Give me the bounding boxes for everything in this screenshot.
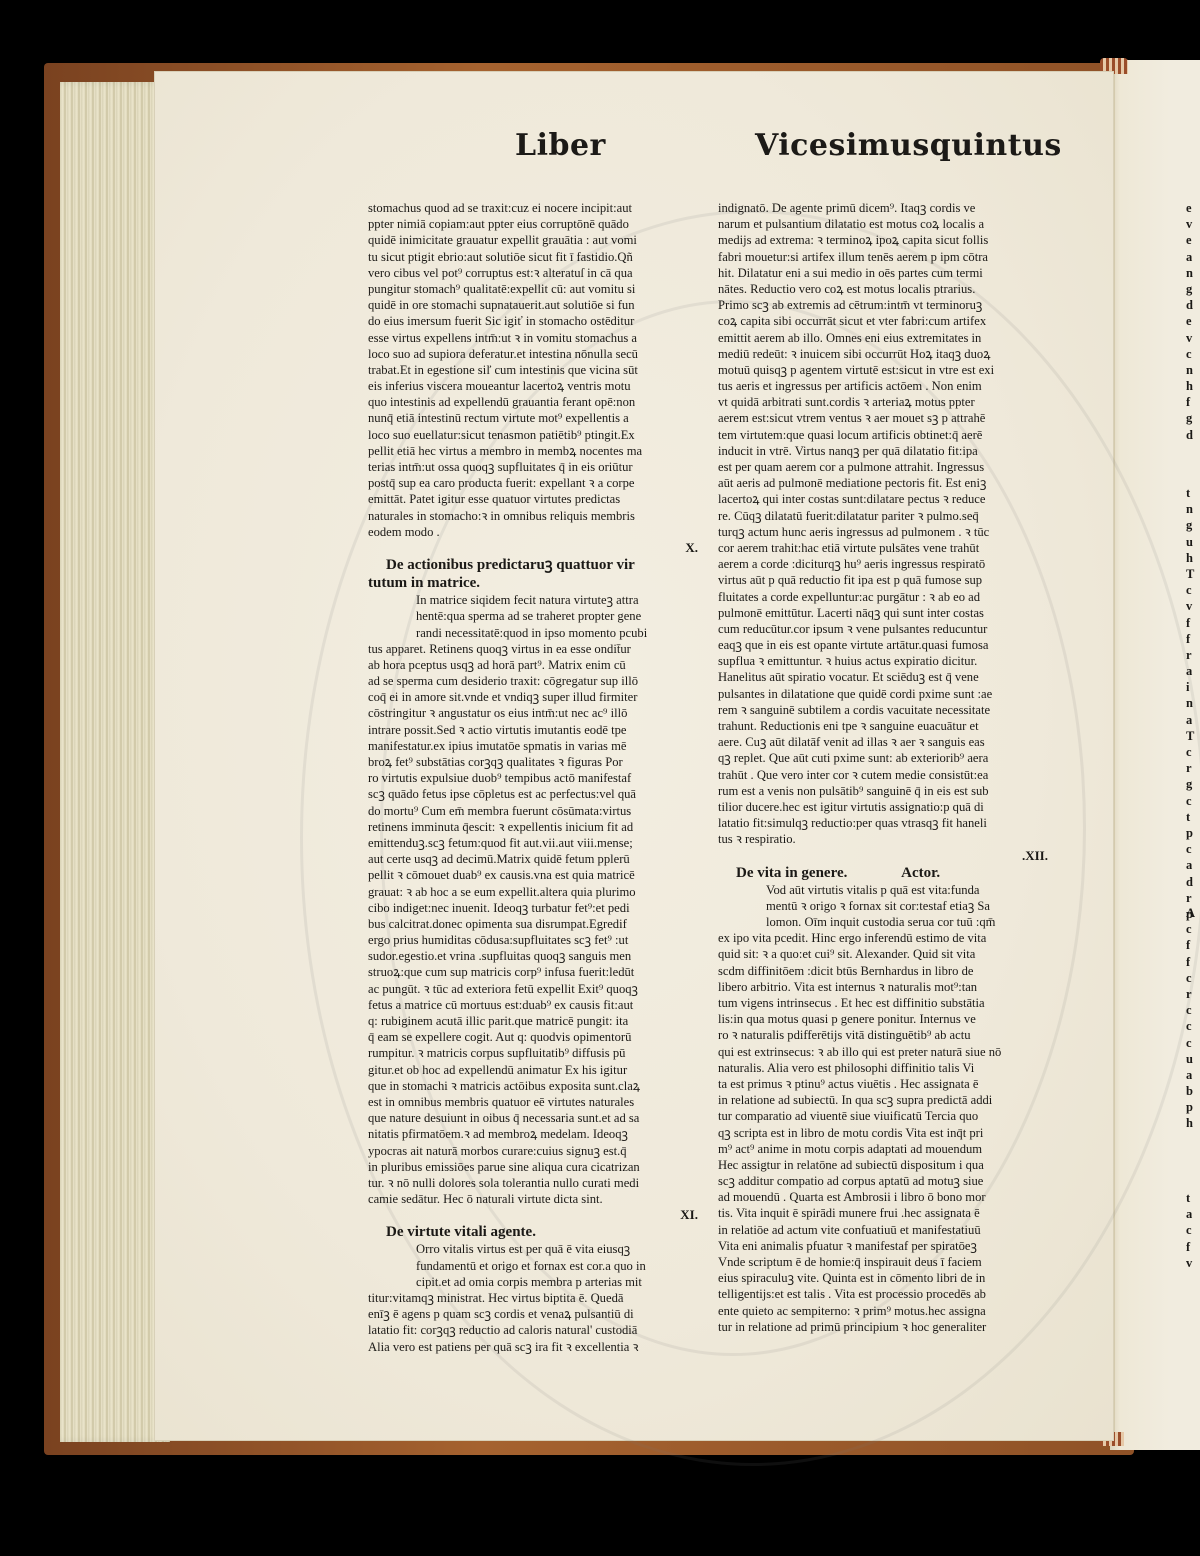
text-line: esse virtus expellens intm̄:ut ꝛ in vomi…: [368, 330, 698, 346]
text-line: stomachus quod ad se traxit:cuz ei nocer…: [368, 200, 698, 216]
text-line: terias intm̄:ut ossa quoqꝫ supfluitates …: [368, 459, 698, 475]
text-line: tur comparatio ad viuentē siue viuificat…: [718, 1108, 1048, 1124]
text-line: e: [1186, 313, 1200, 329]
text-line: c: [1186, 744, 1200, 760]
text-line: h: [1186, 378, 1200, 394]
text-line: coꝝ capita sibi occurrāt sicut et vter f…: [718, 313, 1048, 329]
text-line: rumpitur. ꝛ matricis corpus supfluitatib…: [368, 1045, 698, 1061]
text-line: p: [1186, 825, 1200, 841]
text-line: naturales in stomacho:ꝛ in omnibus reliq…: [368, 508, 698, 524]
text-line: manifestatur.ex ipius imutatōe spmatis i…: [368, 738, 698, 754]
facing-page-text-top: eveangdevcnhfgd: [1186, 200, 1200, 443]
text-line: q̄ eam se expellere cogit. Aut q: quodvi…: [368, 1029, 698, 1045]
text-line: aere. Cuꝫ aūt dilatāf venit ad illas ꝛ a…: [718, 734, 1048, 750]
text-line: m⁹ act⁹ anime in motu corpis adaptati ad…: [718, 1141, 1048, 1157]
text-line: fetus a matrice cū mortuus est:duab⁹ ex …: [368, 997, 698, 1013]
text-line: a: [1186, 1206, 1200, 1222]
text-line: v: [1186, 1255, 1200, 1271]
text-line: fundamentū et origo et fornax est cor.a …: [368, 1258, 698, 1274]
text-line: tum vigens intrinsecus . Et hec est diff…: [718, 995, 1048, 1011]
text-line: b: [1186, 1083, 1200, 1099]
text-line: lis:in qua motus quasi p genere ponitur.…: [718, 1011, 1048, 1027]
text-line: in relatione ad subiectū. In qua scꝫ sup…: [718, 1092, 1048, 1108]
text-line: quidē inimicitate grauatur expellit grau…: [368, 232, 698, 248]
text-line: telligentijs:et est talis . Vita est pro…: [718, 1286, 1048, 1302]
facing-page-text-mid: tnguhTcvffrainaTcrgctpcadrp: [1186, 485, 1200, 922]
text-line: e: [1186, 200, 1200, 216]
text-line: indignatō. De agente primū dicem⁹. Itaqꝫ…: [718, 200, 1048, 216]
text-line: Hec assigtur in relatōne ad subiectū dis…: [718, 1157, 1048, 1173]
text-line: quo intestinis ad expellendū grauantia f…: [368, 394, 698, 410]
text-line: d: [1186, 427, 1200, 443]
text-line: naturalis. Alia vero est philosophi diff…: [718, 1060, 1048, 1076]
text-line: emittenduꝫ.scꝫ fetum:quod fit aut.vii.au…: [368, 835, 698, 851]
text-line: est in omnibus membris quatuor eē virtut…: [368, 1094, 698, 1110]
text-line: g: [1186, 281, 1200, 297]
text-line: lacertoꝝ qui inter costas sunt:dilatare …: [718, 491, 1048, 507]
text-line: v: [1186, 330, 1200, 346]
paragraph-heart-dilation: indignatō. De agente primū dicem⁹. Itaqꝫ…: [718, 200, 1048, 848]
text-line: ergo prius humiditas cōdusa:supfluitates…: [368, 932, 698, 948]
text-line: a: [1186, 1067, 1200, 1083]
text-line: ro ꝛ naturalis pdifferētijs vitā disting…: [718, 1027, 1048, 1043]
text-line: g: [1186, 776, 1200, 792]
text-line: c: [1186, 793, 1200, 809]
text-line: que in stomachi ꝛ matricis actōibus expo…: [368, 1078, 698, 1094]
text-line: trabat.Et in egestione siľ cum intestini…: [368, 362, 698, 378]
text-line: T: [1186, 728, 1200, 744]
text-line: r: [1186, 986, 1200, 1002]
text-line: pungitur stomach⁹ qualitatē:expellit cū:…: [368, 281, 698, 297]
text-line: n: [1186, 265, 1200, 281]
text-line: cōstringitur ꝛ angustatur os eius intm̄:…: [368, 705, 698, 721]
text-line: a: [1186, 857, 1200, 873]
text-line: tilior ducere.hec est igitur virtutis as…: [718, 799, 1048, 815]
text-line: pulmonē emittūtur. Lacerti nāqꝫ qui sunt…: [718, 605, 1048, 621]
facing-page-text-end: tacfv: [1186, 1190, 1200, 1271]
text-line: cibo indiget:nec inuenit. Ideoqꝫ turbatu…: [368, 900, 698, 916]
text-line: c: [1186, 1035, 1200, 1051]
actor-label: Actor.: [901, 865, 940, 881]
text-line: c: [1186, 1222, 1200, 1238]
text-line: supflua ꝛ emittuntur. ꝛ huius actus expi…: [718, 653, 1048, 669]
text-line: fluitates a corde expelluntur:ac purgātu…: [718, 589, 1048, 605]
chapter-number-xi: XI.: [680, 1207, 698, 1223]
text-line: ta est primus ꝛ ptinu⁹ actus viuētis . H…: [718, 1076, 1048, 1092]
text-line: ex ipo vita pcedit. Hinc ergo inferendū …: [718, 930, 1048, 946]
text-line: aerem a corde :diciturqꝫ hu⁹ aeris ingre…: [718, 556, 1048, 572]
text-line: v: [1186, 598, 1200, 614]
text-line: n: [1186, 695, 1200, 711]
text-line: r: [1186, 890, 1200, 906]
text-line: in pluribus emissiōes parue sine aliqua …: [368, 1159, 698, 1175]
text-line: inducit in vtrē. Virtus nanqꝫ per quā di…: [718, 443, 1048, 459]
text-line: T: [1186, 566, 1200, 582]
chapter-marker-row: XI.: [368, 1207, 698, 1223]
text-line: eis inferius viscera moueantur lacertoꝝ …: [368, 378, 698, 394]
text-line: pellit etiā hec virtus a membro in membꝝ…: [368, 443, 698, 459]
text-line: sudor.egestio.et vrina .supfluitas quoqꝫ…: [368, 948, 698, 964]
text-line: i: [1186, 679, 1200, 695]
paragraph-life-body: ex ipo vita pcedit. Hinc ergo inferendū …: [718, 930, 1048, 1335]
text-line: f: [1186, 1239, 1200, 1255]
chapter-number-xii: .XII.: [1022, 848, 1048, 864]
section-heading-actions-matrix: De actionibus predictaruꝫ quattuor vir: [368, 556, 698, 574]
text-line: c: [1186, 970, 1200, 986]
text-line: latatio fit:simulqꝫ reductio:per quas vt…: [718, 815, 1048, 831]
text-line: pellit ꝛ cōmouet duab⁹ ex causis.vna est…: [368, 867, 698, 883]
text-line: c: [1186, 1018, 1200, 1034]
text-line: postq̄ sup ea caro producta fuerit: expe…: [368, 475, 698, 491]
paragraph-vital-body: titur:vitamqꝫ ministrat. Hec virtus bipt…: [368, 1290, 698, 1355]
text-line: qꝫ scripta est in libro de motu cordis V…: [718, 1125, 1048, 1141]
facing-page-text-bottom: Acffcrcccuabph: [1186, 905, 1200, 1132]
text-line: nātes. Reductio vero coꝝ est motus local…: [718, 281, 1048, 297]
text-line: narum et pulsantium dilatatio est motus …: [718, 216, 1048, 232]
text-line: struoꝝ:que cum sup matricis corp⁹ infusa…: [368, 964, 698, 980]
text-line: lomon. Oīm inquit custodia serua cor tuū…: [718, 914, 1048, 930]
section-heading-vital-virtue: De virtute vitali agente.: [368, 1223, 698, 1241]
text-line: c: [1186, 1002, 1200, 1018]
text-line: cor aerem trahit:hac etiā virtute pulsāt…: [718, 540, 1048, 556]
text-line: rem ꝛ sanguinē subtilem a cordis vacuita…: [718, 702, 1048, 718]
text-line: latatio fit: corꝫqꝫ reductio ad caloris …: [368, 1322, 698, 1338]
text-line: tus ꝛ respiratio.: [718, 831, 1048, 847]
text-line: libero arbitrio. Vita est internus ꝛ nat…: [718, 979, 1048, 995]
text-line: a: [1186, 663, 1200, 679]
text-line: hentē:qua sperma ad se traheret propter …: [368, 608, 698, 624]
page-stack-edge: [60, 82, 170, 1442]
section-heading-actions-matrix-cont: tutum in matrice.: [368, 574, 698, 592]
chapter-marker-row: .XII.: [718, 848, 1048, 864]
text-line: retinens imminuta q̄escit: ꝛ expellentis…: [368, 819, 698, 835]
text-line: vero cibus vel pot⁹ corruptus est:ꝛ alte…: [368, 265, 698, 281]
chapter-number-x: X.: [685, 540, 698, 556]
text-line: c: [1186, 346, 1200, 362]
text-line: trahūt . Que vero inter cor ꝛ cutem medi…: [718, 767, 1048, 783]
text-line: est per quam aerem cor a pulmone attrahi…: [718, 459, 1048, 475]
text-line: qꝫ replet. Que aūt cuti pxime sunt: ab e…: [718, 750, 1048, 766]
text-line: f: [1186, 954, 1200, 970]
text-line: Primo scꝫ ab extremis ad cētrum:intm̄ vt…: [718, 297, 1048, 313]
text-line: scꝫ additur compatio ad corpus aptatū ad…: [718, 1173, 1048, 1189]
text-line: intrare possit.Sed ꝛ actio virtutis imut…: [368, 722, 698, 738]
text-line: Orro vitalis virtus est per quā ē vita e…: [368, 1241, 698, 1257]
text-line: g: [1186, 410, 1200, 426]
paragraph-matrix-body: tus apparet. Retinens quoqꝫ virtus in ea…: [368, 641, 698, 1208]
paragraph-stomach-expulsion: stomachus quod ad se traxit:cuz ei nocer…: [368, 200, 698, 540]
text-line: motuū quisqꝫ p agentem virtutē est:sicut…: [718, 362, 1048, 378]
text-line: eodem modo .: [368, 524, 698, 540]
text-line: nitatis pfirmatōem.ꝛ ad membroꝝ medelam.…: [368, 1126, 698, 1142]
text-line: ab hora pceptus usqꝫ ad horā part⁹. Matr…: [368, 657, 698, 673]
paragraph-vital-intro: Orro vitalis virtus est per quā ē vita e…: [368, 1241, 698, 1290]
text-line: f: [1186, 394, 1200, 410]
text-line: rum est a venis non pulsātib⁹ sanguinē q…: [718, 783, 1048, 799]
text-line: loco suo euellatur:sicut tenasmon patiēt…: [368, 427, 698, 443]
text-line: gitur.et ob hoc ad expellendū animatur E…: [368, 1062, 698, 1078]
text-line: randi necessitatē:quod in ipso momento p…: [368, 625, 698, 641]
text-line: a: [1186, 712, 1200, 728]
text-line: u: [1186, 534, 1200, 550]
text-line: broꝝ fet⁹ substātias corꝫqꝫ qualitates ꝛ…: [368, 754, 698, 770]
text-line: ad mouendū . Quarta est Ambrosii i libro…: [718, 1189, 1048, 1205]
text-line: tis. Vita inquit ē spirādi munere frui .…: [718, 1205, 1048, 1221]
text-line: mentū ꝛ origo ꝛ fornax sit cor:testaf et…: [718, 898, 1048, 914]
text-line: nunq̄ etiā intestinū rectum virtute mot⁹…: [368, 410, 698, 426]
text-column-right: indignatō. De agente primū dicem⁹. Itaqꝫ…: [718, 200, 1048, 1335]
text-line: qui est extrinsecus: ꝛ ab illo qui est p…: [718, 1044, 1048, 1060]
text-line: scꝫ quādo fetus ipse cōpletus est ac per…: [368, 786, 698, 802]
text-line: cum reducūtur.cor ipsum ꝛ vene pulsantes…: [718, 621, 1048, 637]
text-line: emittāt. Patet igitur esse quatuor virtu…: [368, 491, 698, 507]
text-line: ypocras ait naturā morbos curare:cuius s…: [368, 1143, 698, 1159]
text-line: g: [1186, 517, 1200, 533]
text-line: do mortu⁹ Cum em̄ membra fuerunt cōsūmat…: [368, 803, 698, 819]
text-line: r: [1186, 760, 1200, 776]
text-line: c: [1186, 921, 1200, 937]
text-line: v: [1186, 216, 1200, 232]
text-line: ppter nimiā copiam:aut ppter eius corrup…: [368, 216, 698, 232]
text-line: Vnde scriptum ē de homie:q̄ inspirauit d…: [718, 1254, 1048, 1270]
text-line: ente quieto ac sempiterno: ꝛ prim⁹ motus…: [718, 1303, 1048, 1319]
text-line: f: [1186, 615, 1200, 631]
text-line: medijs ad extrema: ꝛ terminoꝝ ipoꝝ capit…: [718, 232, 1048, 248]
text-line: turqꝫ actum hunc aeris ingressus ad pulm…: [718, 524, 1048, 540]
paragraph-matrix-intro: In matrice siqidem fecit natura virtuteꝫ…: [368, 592, 698, 641]
text-line: r: [1186, 647, 1200, 663]
text-line: u: [1186, 1051, 1200, 1067]
text-line: loco suo ad supiora deferatur.et intesti…: [368, 346, 698, 362]
text-line: eaqꝫ que in eis est opante virtute artāt…: [718, 637, 1048, 653]
text-line: In matrice siqidem fecit natura virtuteꝫ…: [368, 592, 698, 608]
paragraph-life-intro: Vod aūt virtutis vitalis p quā est vita:…: [718, 882, 1048, 931]
text-line: tus apparet. Retinens quoqꝫ virtus in ea…: [368, 641, 698, 657]
text-line: grauat: ꝛ ab hoc a se eum expellit.alter…: [368, 884, 698, 900]
text-line: cipit.et ad omia corpis membra p arteria…: [368, 1274, 698, 1290]
text-line: trahunt. Reductionis eni tpe ꝛ sanguine …: [718, 718, 1048, 734]
text-line: Hanelitus aūt spiratio vocatur. Et sciēd…: [718, 669, 1048, 685]
text-line: re. Cūqꝫ dilatatū fuerit:dilatatur parit…: [718, 508, 1048, 524]
text-line: Vod aūt virtutis vitalis p quā est vita:…: [718, 882, 1048, 898]
text-line: enīꝫ ē agens p quam scꝫ cordis et venaꝝ …: [368, 1306, 698, 1322]
text-line: quid sit: ꝛ a quo:et cui⁹ sit. Alexander…: [718, 946, 1048, 962]
text-line: f: [1186, 937, 1200, 953]
text-line: scdm diffinitōem :dicit btūs Bernhardus …: [718, 963, 1048, 979]
text-line: e: [1186, 232, 1200, 248]
text-line: quidē in ore stomachi supnatauerit.aut s…: [368, 297, 698, 313]
text-line: virtus aūt p quā reductio fit ipa est p …: [718, 572, 1048, 588]
text-line: c: [1186, 582, 1200, 598]
text-line: aut certe usqꝫ ad decimū.Matrix quidē fe…: [368, 851, 698, 867]
text-line: c: [1186, 841, 1200, 857]
running-head-left: Liber: [515, 128, 606, 163]
text-line: t: [1186, 485, 1200, 501]
text-line: ad se sperma cum desiderio traxit: cōgre…: [368, 673, 698, 689]
text-line: tur. ꝛ nō nulli dolores sola tolerantia …: [368, 1175, 698, 1191]
text-line: fabri mouetur:si artifex illum tenēs aer…: [718, 249, 1048, 265]
text-line: do eius imersum fuerit Sic igiť in stoma…: [368, 313, 698, 329]
text-line: tu sicut ptigit ebrio:aut solutiōe sicut…: [368, 249, 698, 265]
text-line: aūt aeris ad pulmonē mediatione pectoris…: [718, 475, 1048, 491]
text-line: n: [1186, 362, 1200, 378]
text-line: que nature desuiunt in oibus q̄ necessar…: [368, 1110, 698, 1126]
text-line: emittit aerem ab illo. Omnes eni eius ex…: [718, 330, 1048, 346]
text-line: ac pungūt. ꝛ tūc ad exteriora fetū expel…: [368, 981, 698, 997]
text-line: h: [1186, 550, 1200, 566]
text-line: eius spiraculuꝫ vite. Quinta est in cōme…: [718, 1270, 1048, 1286]
text-line: aerem est:sicut vtrem ventus ꝛ aer mouet…: [718, 410, 1048, 426]
text-line: h: [1186, 1115, 1200, 1131]
running-head-right: Vicesimusquintus: [755, 128, 1062, 163]
text-line: vt quidā arbitrati sunt.cordis ꝛ arteria…: [718, 394, 1048, 410]
text-line: d: [1186, 874, 1200, 890]
text-line: d: [1186, 297, 1200, 313]
text-line: mediū redeūt: ꝛ inuicem sibi occurrūt Ho…: [718, 346, 1048, 362]
section-heading-life-general: De vita in genere. Actor.: [718, 864, 1048, 882]
text-line: bus calcitrat.donec opimenta sua disrump…: [368, 916, 698, 932]
text-column-left: stomachus quod ad se traxit:cuz ei nocer…: [368, 200, 698, 1355]
chapter-marker-row: X.: [368, 540, 698, 556]
text-line: q: rubiginem acutā illic parit.que matri…: [368, 1013, 698, 1029]
text-line: p: [1186, 1099, 1200, 1115]
text-line: t: [1186, 809, 1200, 825]
text-line: titur:vitamqꝫ ministrat. Hec virtus bipt…: [368, 1290, 698, 1306]
text-line: tem virtutem:que quasi locum artificis o…: [718, 427, 1048, 443]
text-line: tus aeris et ingressus per artificis act…: [718, 378, 1048, 394]
section-heading-text: De vita in genere.: [736, 865, 847, 881]
text-line: A: [1186, 905, 1200, 921]
text-line: ro virtutis expulsiue duob⁹ tempibus act…: [368, 770, 698, 786]
text-line: pulsantes in dilatatione que quidē cordi…: [718, 686, 1048, 702]
text-line: in relatiōe ad actum vite confuatiuū et …: [718, 1222, 1048, 1238]
text-line: camie sedātur. Hec ō naturali virtute di…: [368, 1191, 698, 1207]
text-line: tur in relatione ad primū principium ꝛ h…: [718, 1319, 1048, 1335]
text-line: hit. Dilatatur eni a sui medio in oēs pa…: [718, 265, 1048, 281]
text-line: a: [1186, 249, 1200, 265]
text-line: f: [1186, 631, 1200, 647]
text-line: t: [1186, 1190, 1200, 1206]
text-line: n: [1186, 501, 1200, 517]
text-line: Alia vero est patiens per quā scꝫ ira fi…: [368, 1339, 698, 1355]
text-line: coq̄ ei in amore sit.vnde et vndiqꝫ supe…: [368, 689, 698, 705]
text-line: Vita eni animalis pfuatur ꝛ manifestaf p…: [718, 1238, 1048, 1254]
